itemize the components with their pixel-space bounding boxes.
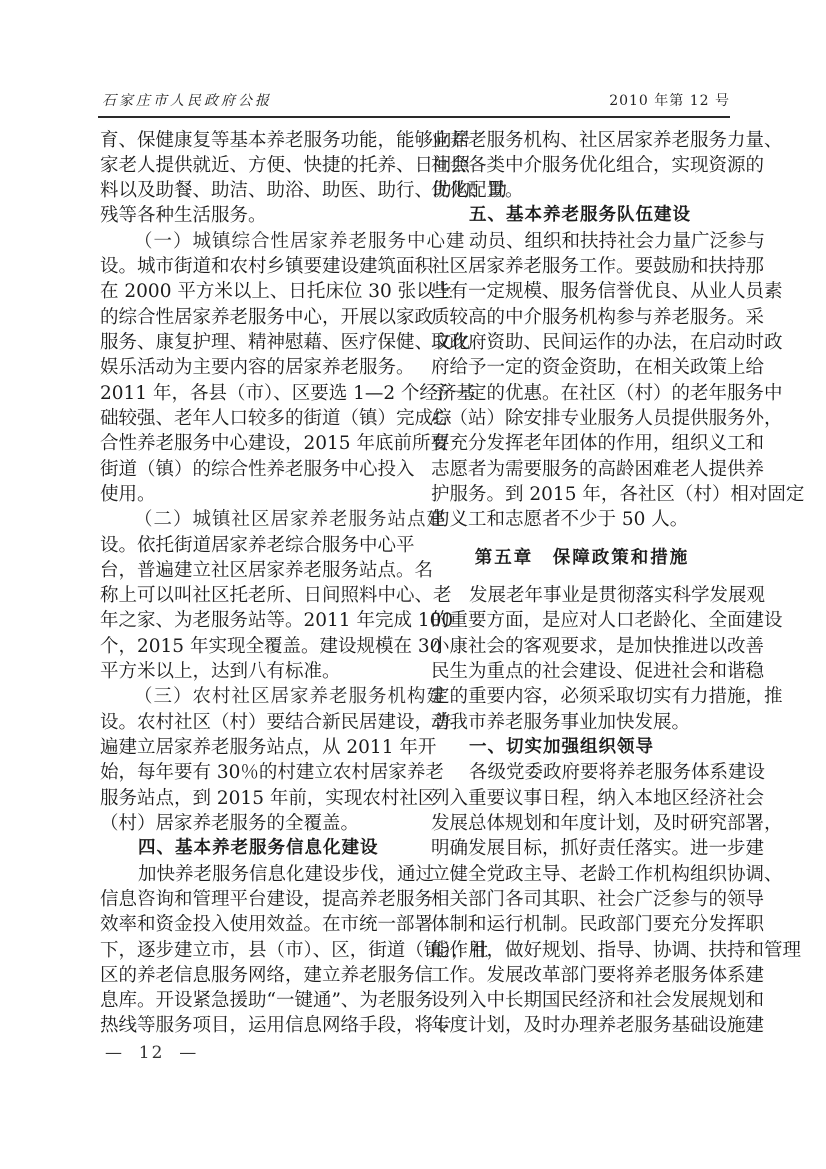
body-line: 府给予一定的资金资助，在相关政策上给 [431,355,733,380]
body-line: 发展老年事业是贯彻落实科学发展观 [431,583,733,608]
body-line: 遍建立居家养老服务站点，从 2011 年开 [100,735,407,760]
body-line: 始，每年要有 30％的村建立农村居家养老 [100,760,407,785]
body-line: 设列入中长期国民经济和社会发展规划和 [431,988,733,1013]
body-line: 的综合性居家养老服务中心，开展以家政 [100,305,407,330]
body-line: 使用。 [100,482,407,507]
body-line: 设。城市街道和农村乡镇要建设建筑面积 [100,254,407,279]
body-line: 料以及助餐、助洁、助浴、助医、助行、助购、助 [100,178,407,203]
body-line: 发展总体规划和年度计划，及时研究部署， [431,811,733,836]
chapter-heading: 第五章 保障政策和措施 [431,533,733,584]
body-line: 小康社会的客观要求，是加快推进以改善 [431,634,733,659]
body-line: 动员、组织和扶持社会力量广泛参与 [431,229,733,254]
body-line: 街道（镇）的综合性养老服务中心投入 [100,457,407,482]
subsection-heading-2: （二）城镇社区居家养老服务站点建 [100,507,407,532]
body-line: 个，2015 年实现全覆盖。建设规模在 30 [100,634,407,659]
body-line: 热线等服务项目，运用信息网络手段，将专 [100,1013,407,1038]
header-divider [98,116,730,118]
body-line: 息库。开设紧急援助“一键通”、为老服务 [100,988,407,1013]
body-line: 家老人提供就近、方便、快捷的托养、日间照 [100,153,407,178]
body-line: 心（站）除安排专业服务人员提供服务外， [431,406,733,431]
body-line: 工作。发展改革部门要将养老服务体系建 [431,963,733,988]
section-heading-1: 一、切实加强组织领导 [431,735,733,760]
body-line: 取政府资助、民间运作的办法，在启动时政 [431,330,733,355]
running-header: 石家庄市人民政府公报 2010 年第 12 号 [100,90,730,112]
body-line: 信息咨询和管理平台建设，提高养老服务 [100,887,407,912]
body-line: 加快养老服务信息化建设步伐，通过 [100,862,407,887]
body-line: 志愿者为需要服务的高龄困难老人提供养 [431,457,733,482]
body-line: 社区居家养老服务工作。要鼓励和扶持那 [431,254,733,279]
body-line: 优化配置。 [431,178,733,203]
body-line: 合性养老服务中心建设，2015 年底前所有 [100,431,407,456]
body-line: 予一定的优惠。在社区（村）的老年服务中 [431,381,733,406]
body-line: 定的重要内容，必须采取切实有力措施，推 [431,684,733,709]
body-line: 质较高的中介服务机构参与养老服务。采 [431,305,733,330]
subsection-heading-3: （三）农村社区居家养老服务机构建 [100,684,407,709]
body-line: 体制和运行机制。民政部门要充分发挥职 [431,912,733,937]
body-line: 育、保健康复等基本养老服务功能，能够向居 [100,128,407,153]
body-line: 能作用，做好规划、指导、协调、扶持和管理 [431,938,733,963]
body-line: 娱乐活动为主要内容的居家养老服务。 [100,355,407,380]
body-line: 护服务。到 2015 年，各社区（村）相对固定 [431,482,733,507]
body-line: 残等各种生活服务。 [100,203,407,228]
body-line: 社会各类中介服务优化组合，实现资源的 [431,153,733,178]
body-line: 的重要方面，是应对人口老龄化、全面建设 [431,608,733,633]
body-line: 些有一定规模、服务信誉优良、从业人员素 [431,279,733,304]
body-line: 年之家、为老服务站等。2011 年完成 100 [100,608,407,633]
body-line: 业养老服务机构、社区居家养老服务力量、 [431,128,733,153]
body-line: 2011 年，各县（市）、区要选 1—2 个经济基 [100,381,407,406]
body-line: 各级党委政府要将养老服务体系建设 [431,760,733,785]
body-line: 区的养老信息服务网络，建立养老服务信 [100,963,407,988]
body-line: 称上可以叫社区托老所、日间照料中心、老 [100,583,407,608]
body-line: 设。依托街道居家养老综合服务中心平 [100,533,407,558]
body-line: 设。农村社区（村）要结合新民居建设，普 [100,710,407,735]
body-line: 的义工和志愿者不少于 50 人。 [431,507,733,532]
section-heading-5: 五、基本养老服务队伍建设 [431,203,733,228]
publication-title: 石家庄市人民政府公报 [102,90,272,112]
section-heading-4: 四、基本养老服务信息化建设 [100,836,407,861]
body-line: 民生为重点的社会建设、促进社会和谐稳 [431,659,733,684]
body-line: （村）居家养老服务的全覆盖。 [100,811,407,836]
body-line: 础较强、老年人口较多的街道（镇）完成综 [100,406,407,431]
body-line: 平方米以上，达到八有标准。 [100,659,407,684]
right-column: 业养老服务机构、社区居家养老服务力量、 社会各类中介服务优化组合，实现资源的 优… [431,128,733,1039]
subsection-heading-1: （一）城镇综合性居家养老服务中心建 [100,229,407,254]
page-number: — 12 — [105,1041,198,1065]
left-column: 育、保健康复等基本养老服务功能，能够向居 家老人提供就近、方便、快捷的托养、日间… [100,128,407,1039]
body-line: 效率和资金投入使用效益。在市统一部署 [100,912,407,937]
body-line: 立健全党政主导、老龄工作机构组织协调、 [431,862,733,887]
body-line: 台，普遍建立社区居家养老服务站点。名 [100,558,407,583]
body-line: 服务站点，到 2015 年前，实现农村社区 [100,786,407,811]
body-line: 服务、康复护理、精神慰藉、医疗保健、文化 [100,330,407,355]
body-line: 在 2000 平方米以上、日托床位 30 张以上 [100,279,407,304]
issue-number: 2010 年第 12 号 [609,90,730,112]
body-line: 明确发展目标，抓好责任落实。进一步建 [431,836,733,861]
body-line: 相关部门各司其职、社会广泛参与的领导 [431,887,733,912]
body-line: 下，逐步建立市，县（市）、区，街道（镇），社 [100,938,407,963]
body-line: 年度计划，及时办理养老服务基础设施建 [431,1013,733,1038]
body-line: 要充分发挥老年团体的作用，组织义工和 [431,431,733,456]
body-line: 动我市养老服务事业加快发展。 [431,710,733,735]
body-line: 列入重要议事日程，纳入本地区经济社会 [431,786,733,811]
